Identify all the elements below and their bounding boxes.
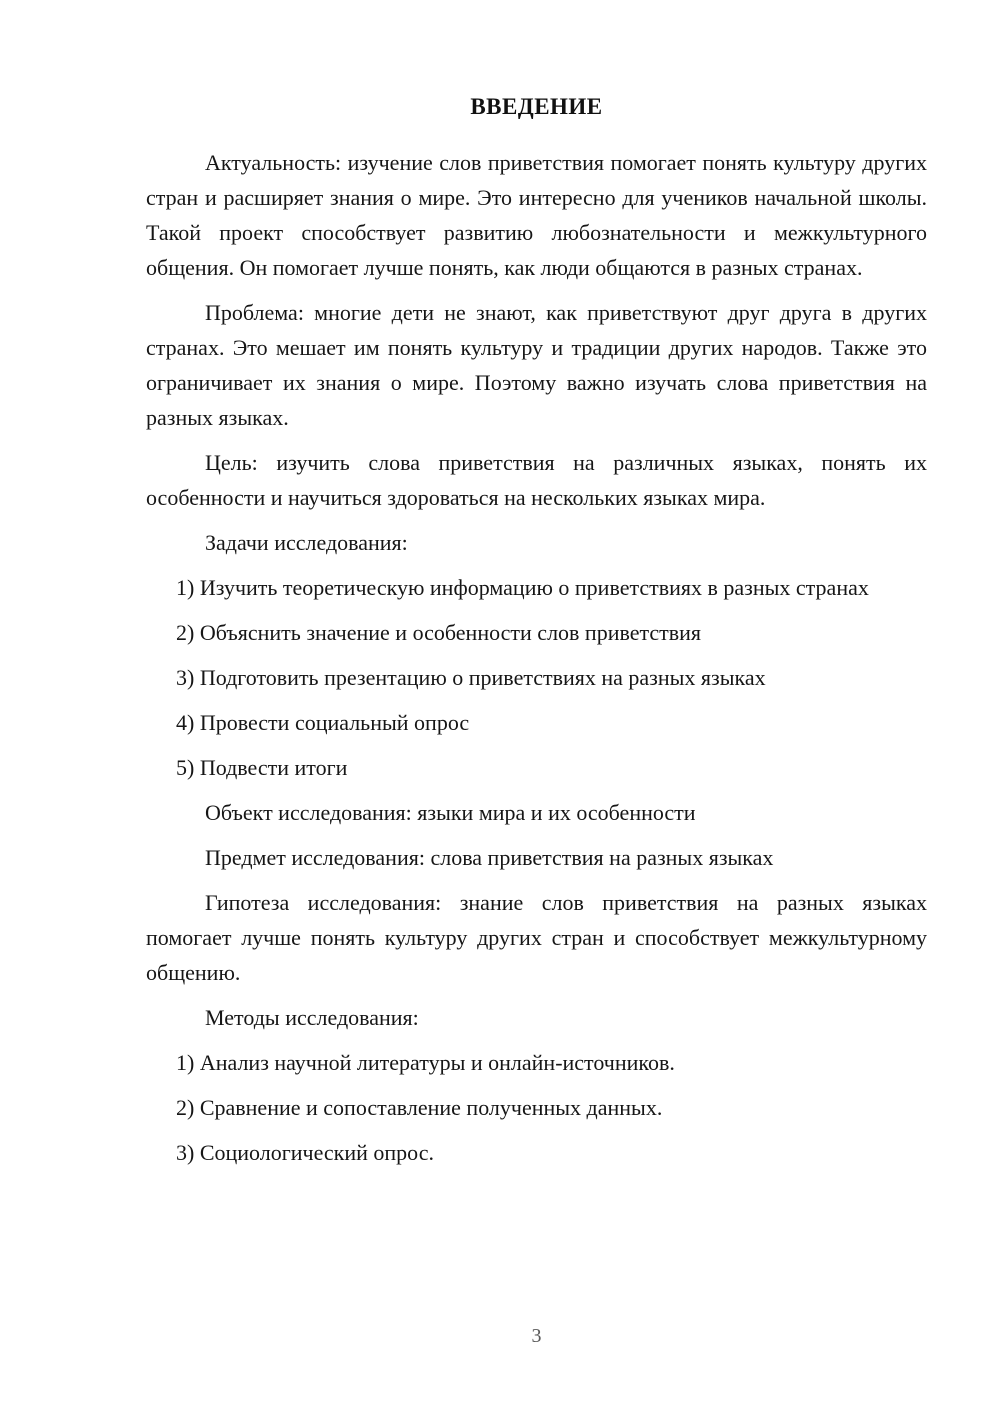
task-item-3: 3) Подготовить презентацию о приветствия… [146, 660, 927, 695]
task-item-5: 5) Подвести итоги [146, 750, 927, 785]
task-item-2: 2) Объяснить значение и особенности слов… [146, 615, 927, 650]
paragraph-problem: Проблема: многие дети не знают, как прив… [146, 295, 927, 435]
method-item-1: 1) Анализ научной литературы и онлайн-ис… [146, 1045, 927, 1080]
document-page: ВВЕДЕНИЕ Актуальность: изучение слов при… [0, 0, 1000, 1414]
paragraph-object: Объект исследования: языки мира и их осо… [146, 795, 927, 830]
tasks-heading: Задачи исследования: [146, 525, 927, 560]
task-item-1: 1) Изучить теоретическую информацию о пр… [146, 570, 927, 605]
task-item-4: 4) Провести социальный опрос [146, 705, 927, 740]
document-content: ВВЕДЕНИЕ Актуальность: изучение слов при… [146, 92, 927, 1180]
paragraph-subject: Предмет исследования: слова приветствия … [146, 840, 927, 875]
methods-heading: Методы исследования: [146, 1000, 927, 1035]
paragraph-hypothesis: Гипотеза исследования: знание слов приве… [146, 885, 927, 990]
page-number: 3 [146, 1324, 927, 1348]
method-item-3: 3) Социологический опрос. [146, 1135, 927, 1170]
method-item-2: 2) Сравнение и сопоставление полученных … [146, 1090, 927, 1125]
paragraph-goal: Цель: изучить слова приветствия на разли… [146, 445, 927, 515]
paragraph-relevance: Актуальность: изучение слов приветствия … [146, 145, 927, 285]
page-title: ВВЕДЕНИЕ [146, 92, 927, 122]
